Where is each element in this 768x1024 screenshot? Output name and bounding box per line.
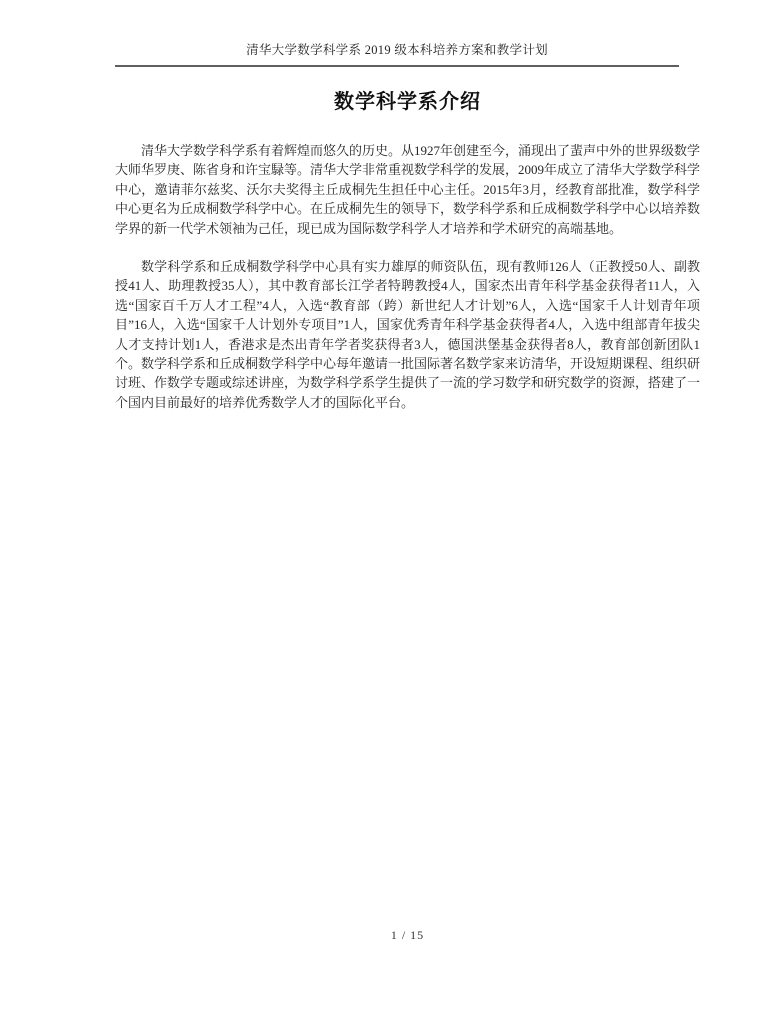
document-title: 数学科学系介绍 [115,85,700,114]
paragraph-faculty: 数学科学系和丘成桐数学科学中心具有实力雄厚的师资队伍，现有教师126人（正教授5… [115,257,700,412]
document-page: 清华大学数学科学系 2019 级本科培养方案和教学计划 数学科学系介绍 清华大学… [0,0,768,1024]
running-header-text: 清华大学数学科学系 2019 级本科培养方案和教学计划 [246,43,548,57]
page-number: 1 / 15 [391,928,424,942]
paragraph-history: 清华大学数学科学系有着辉煌而悠久的历史。从1927年创建至今，涌现出了蜚声中外的… [115,141,700,238]
page-header: 清华大学数学科学系 2019 级本科培养方案和教学计划 [115,42,679,67]
page-footer: 1 / 15 [115,928,700,943]
document-body: 清华大学数学科学系有着辉煌而悠久的历史。从1927年创建至今，涌现出了蜚声中外的… [115,141,700,412]
